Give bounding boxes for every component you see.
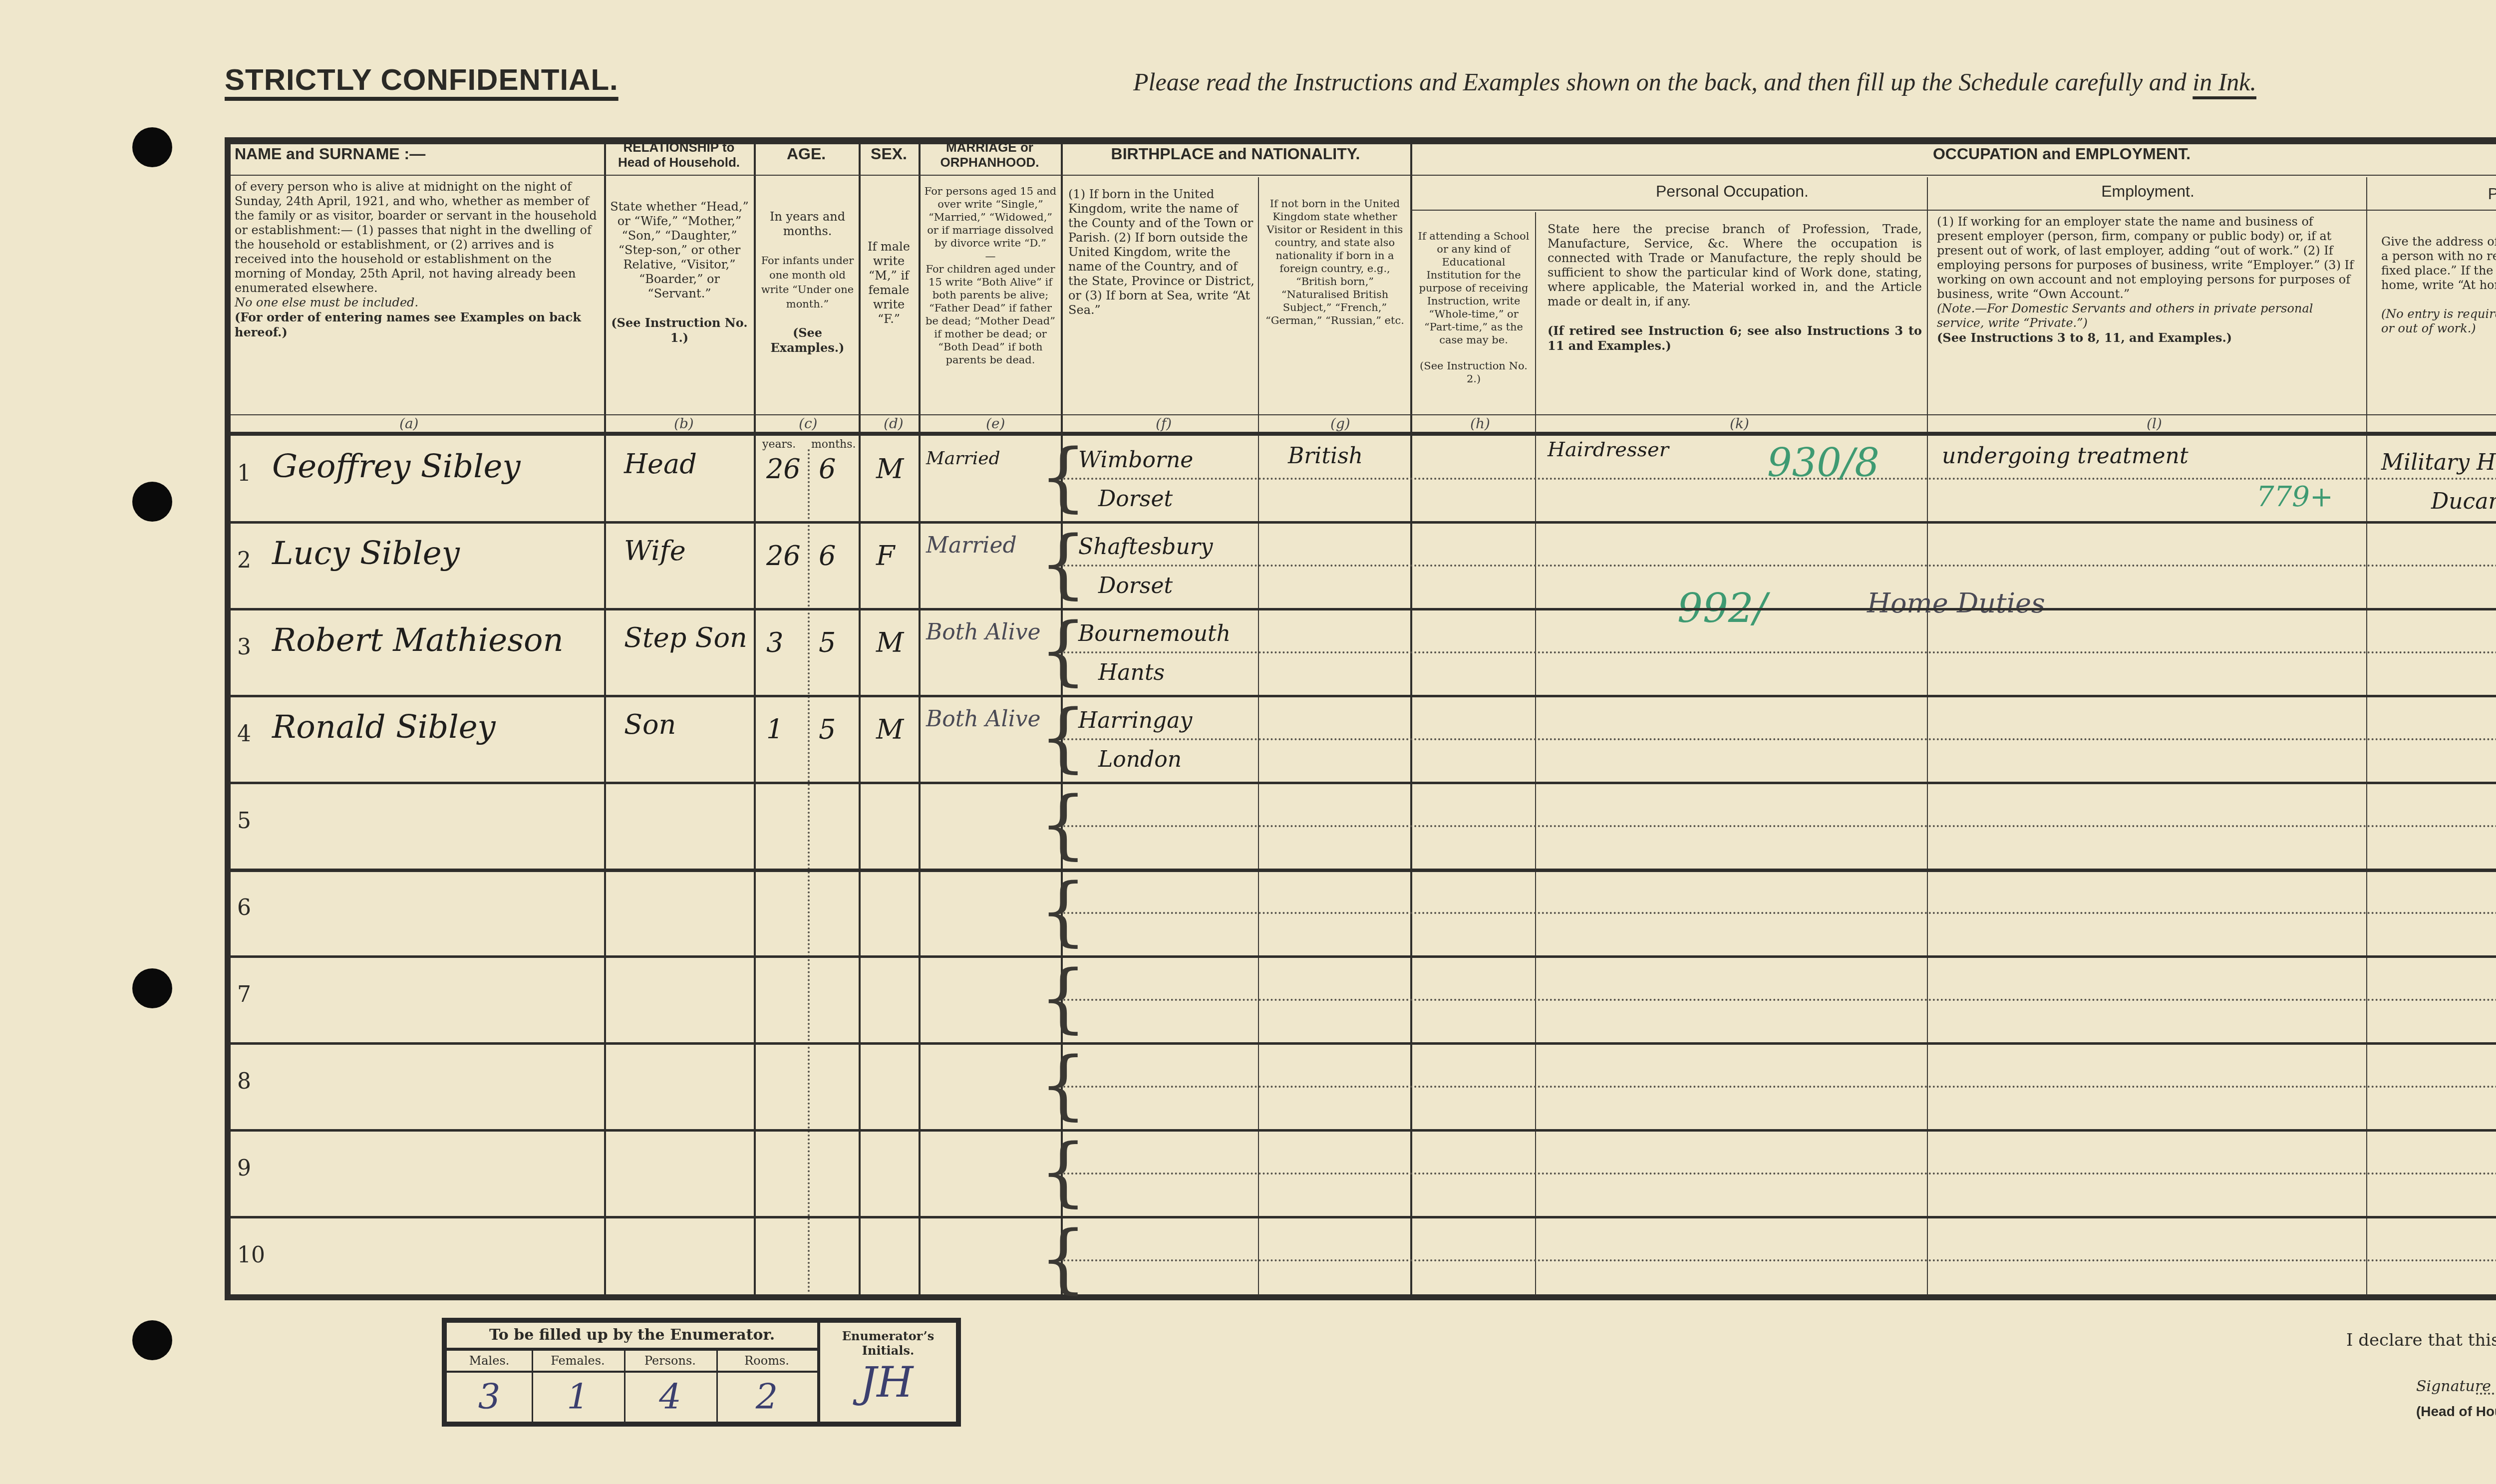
sex-cell[interactable]: M — [876, 714, 904, 745]
header-personal-body: State here the precise branch of Profess… — [1548, 222, 1922, 353]
females-count[interactable]: 1 — [532, 1373, 624, 1421]
marriage-cell[interactable]: Married — [926, 443, 1056, 474]
birthplace-cell[interactable] — [1078, 788, 1098, 866]
name-cell[interactable]: Ronald Sibley — [272, 709, 496, 746]
header-employment: Employment. — [1929, 182, 2366, 200]
row-number: 2 — [237, 548, 251, 573]
header-age: AGE. — [756, 145, 856, 163]
age-months-cell[interactable]: 6 — [819, 453, 836, 485]
birthplace-cell[interactable] — [1078, 1049, 1098, 1127]
header-marriage-body: For persons aged 15 and over write “Sing… — [922, 185, 1059, 366]
header-birthplace: BIRTHPLACE and NATIONALITY. — [1063, 145, 1408, 163]
sex-cell[interactable]: F — [876, 540, 895, 572]
rooms-count[interactable]: 2 — [716, 1373, 817, 1421]
name-cell[interactable]: Geoffrey Sibley — [272, 448, 521, 485]
header-birthplace-g: If not born in the United Kingdom state … — [1262, 197, 1408, 327]
sex-cell[interactable]: M — [876, 453, 904, 485]
place-of-work-cell[interactable]: Military HospitalDucane Rd. — [2381, 443, 2496, 521]
header-place-body: Give the address of each person’s place … — [2381, 235, 2496, 336]
marriage-cell[interactable]: Both Alive — [926, 704, 1056, 735]
relationship-cell[interactable]: Head — [624, 448, 697, 480]
birthplace-cell[interactable]: WimborneDorset — [1078, 441, 1193, 519]
age-months-cell[interactable]: 6 — [819, 540, 836, 572]
age-months-cell[interactable]: 5 — [819, 627, 836, 658]
header-relationship: RELATIONSHIP to Head of Household. — [607, 140, 751, 170]
row-number: 3 — [237, 634, 251, 660]
declaration-text: I declare that this Schedule is correctl… — [2346, 1330, 2496, 1350]
birthplace-cell[interactable]: BournemouthHants — [1078, 614, 1231, 692]
binder-hole — [132, 1320, 172, 1360]
personal-occupation-cell[interactable]: Home Duties — [1867, 588, 2045, 619]
header-name: NAME and SURNAME :— — [235, 145, 534, 163]
header-occupation-h: If attending a School or any kind of Edu… — [1414, 230, 1534, 385]
header-employment-body: (1) If working for an employer state the… — [1937, 215, 2361, 345]
instruction-line: Please read the Instructions and Example… — [1133, 67, 2256, 96]
header-relationship-body: State whether “Head,” or “Wife,” “Mother… — [608, 200, 751, 345]
marriage-cell[interactable]: Both Alive — [926, 617, 1056, 648]
row-number: 1 — [237, 461, 251, 486]
birthplace-cell[interactable] — [1078, 962, 1098, 1040]
age-years-cell[interactable]: 3 — [766, 627, 783, 658]
employment-code: 779+ — [2256, 481, 2333, 513]
row-number: 10 — [237, 1242, 265, 1268]
binder-hole — [132, 127, 172, 167]
relationship-cell[interactable]: Step Son — [624, 622, 747, 653]
header-sex: SEX. — [860, 145, 918, 163]
signature-note: (Head of Household, Manager of Establish… — [2416, 1404, 2496, 1420]
birthplace-cell[interactable] — [1078, 1136, 1098, 1213]
binder-hole — [132, 482, 172, 522]
header-place-of-work: Place of Work. — [2369, 185, 2496, 203]
enumerator-summary-heading: To be filled up by the Enumerator. — [447, 1323, 817, 1351]
header-marriage: MARRIAGE or ORPHANHOOD. — [921, 140, 1058, 170]
header-name-body: of every person who is alive at midnight… — [235, 180, 599, 340]
signature-line: Signature G. Sibley (Head of Household, … — [2416, 1378, 2496, 1395]
header-age-body: In years and months.For infants under on… — [759, 210, 856, 355]
birthplace-cell[interactable] — [1078, 875, 1098, 953]
birthplace-cell[interactable]: HarringayLondon — [1078, 701, 1192, 779]
birthplace-cell[interactable]: ShaftesburyDorset — [1078, 528, 1213, 605]
sex-cell[interactable]: M — [876, 627, 904, 658]
nationality-cell[interactable]: British — [1288, 443, 1363, 469]
relationship-cell[interactable]: Son — [624, 709, 676, 740]
males-count[interactable]: 3 — [447, 1373, 532, 1421]
header-sex-body: If male write “M,” if female write “F.” — [863, 240, 915, 326]
header-personal-occupation: Personal Occupation. — [1538, 182, 1927, 200]
age-years-cell[interactable]: 1 — [766, 714, 783, 745]
age-years-label: years. — [762, 438, 796, 451]
age-months-cell[interactable]: 5 — [819, 714, 836, 745]
personal-occupation-cell[interactable]: Hairdresser — [1548, 438, 1669, 461]
persons-count[interactable]: 4 — [624, 1373, 716, 1421]
birthplace-cell[interactable] — [1078, 1222, 1098, 1300]
employment-cell[interactable]: undergoing treatment — [1942, 443, 2188, 469]
age-years-cell[interactable]: 26 — [766, 453, 801, 485]
row-number: 6 — [237, 895, 251, 920]
row-number: 7 — [237, 982, 251, 1007]
binder-hole — [132, 968, 172, 1008]
occupation-code: 930/8 — [1767, 441, 1879, 486]
row-number: 8 — [237, 1069, 251, 1094]
relationship-cell[interactable]: Wife — [624, 535, 686, 567]
row-number: 4 — [237, 721, 251, 747]
confidential-title: STRICTLY CONFIDENTIAL. — [225, 62, 619, 97]
enumerator-summary-box: To be filled up by the Enumerator. Enume… — [442, 1318, 961, 1427]
age-months-label: months. — [811, 438, 856, 451]
enumerator-initials[interactable]: JH — [817, 1358, 956, 1407]
header-occupation: OCCUPATION and EMPLOYMENT. — [1413, 145, 2496, 163]
age-years-cell[interactable]: 26 — [766, 540, 801, 572]
marriage-cell[interactable]: Married — [926, 530, 1056, 561]
row-number: 5 — [237, 808, 251, 834]
row-number: 9 — [237, 1156, 251, 1181]
header-birthplace-f: (1) If born in the United Kingdom, write… — [1068, 187, 1255, 317]
name-cell[interactable]: Lucy Sibley — [272, 535, 460, 572]
name-cell[interactable]: Robert Mathieson — [272, 622, 564, 659]
